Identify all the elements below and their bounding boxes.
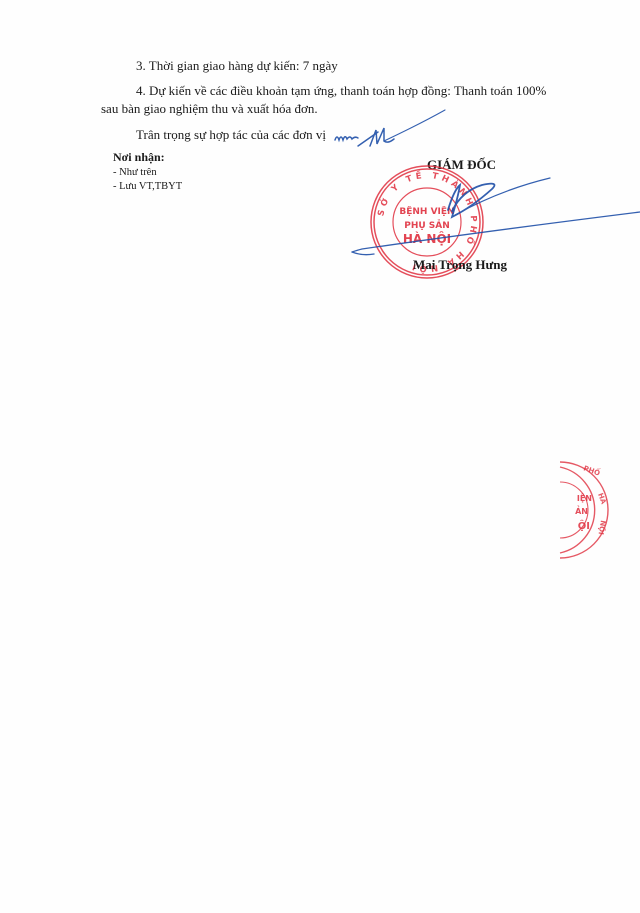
- partial-stamp-line1: IỆN: [577, 493, 592, 503]
- initials-mark: [335, 110, 445, 146]
- signer-name: Mai Trọng Hưng: [413, 257, 507, 273]
- partial-stamp: [560, 462, 608, 558]
- item-payment-terms-line2: sau bàn giao nghiệm thu và xuất hóa đơn.: [101, 101, 318, 117]
- svg-text:HÀ: HÀ: [596, 492, 609, 506]
- recipient-item: - Lưu VT,TBYT: [113, 180, 182, 194]
- item-payment-terms-line1: 4. Dự kiến về các điều khoản tạm ứng, th…: [136, 83, 546, 99]
- item-delivery-time: 3. Thời gian giao hàng dự kiến: 7 ngày: [136, 58, 338, 74]
- recipients-heading: Nơi nhận:: [113, 150, 165, 164]
- stamp-line3: HÀ NỘI: [403, 231, 451, 246]
- closing-line: Trân trọng sự hợp tác của các đơn vị: [136, 127, 326, 143]
- svg-text:NỘI: NỘI: [597, 520, 608, 536]
- recipient-item: - Như trên: [113, 166, 157, 180]
- partial-stamp-line3: ỘI: [578, 519, 590, 532]
- document-page: 3. Thời gian giao hàng dự kiến: 7 ngày 4…: [0, 0, 640, 913]
- stamp-line2: PHỤ SẢN: [404, 219, 450, 231]
- partial-stamp-line2: ẢN: [575, 505, 588, 516]
- stamp-line1: BỆNH VIỆN: [399, 206, 454, 217]
- svg-text:PHỐ: PHỐ: [582, 462, 601, 477]
- signer-title: GIÁM ĐỐC: [427, 157, 496, 173]
- signature: [352, 178, 640, 255]
